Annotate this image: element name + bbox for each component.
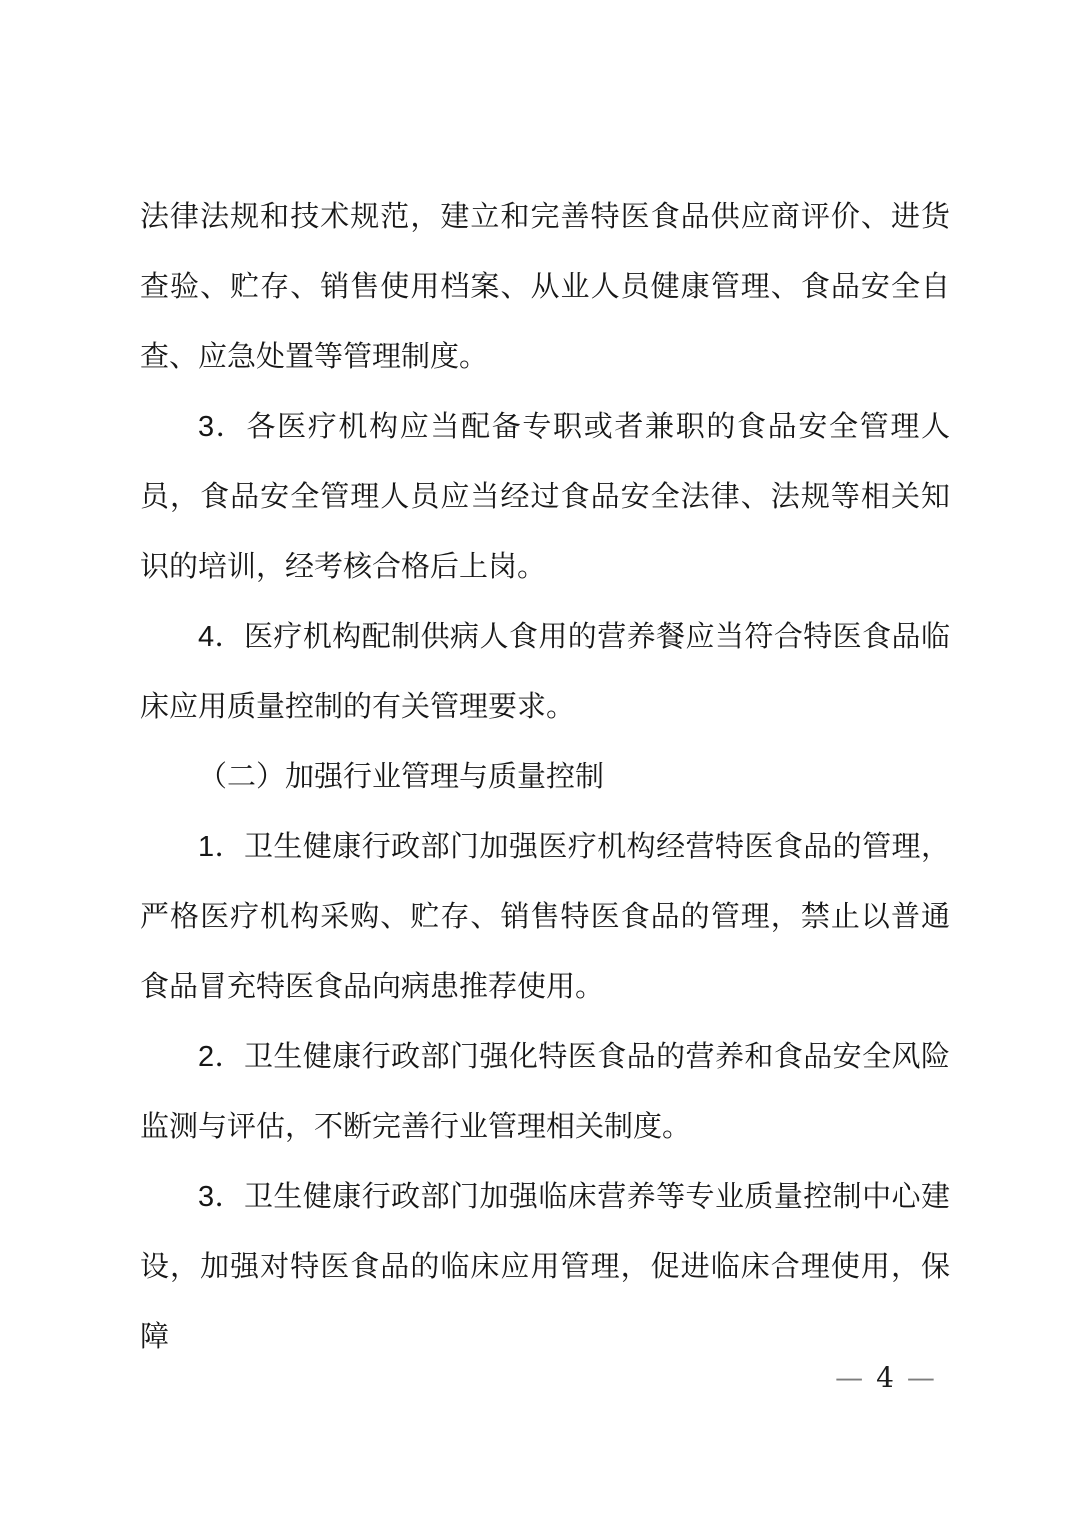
- footer-dash-left: —: [835, 1361, 863, 1394]
- paragraph-item-3-food-safety-manager: 3．各医疗机构应当配备专职或者兼职的食品安全管理人员，食品安全管理人员应当经过食…: [140, 392, 950, 602]
- paragraph-item-4-nutrition-meal: 4．医疗机构配制供病人食用的营养餐应当符合特医食品临床应用质量控制的有关管理要求…: [140, 602, 950, 742]
- paragraph-item-3-quality-control-center: 3．卫生健康行政部门加强临床营养等专业质量控制中心建设，加强对特医食品的临床应用…: [140, 1162, 950, 1372]
- page-number: 4: [876, 1361, 894, 1394]
- paragraph-item-1-operation-management: 1．卫生健康行政部门加强医疗机构经营特医食品的管理，严格医疗机构采购、贮存、销售…: [140, 812, 950, 1022]
- page-footer: —4—: [810, 1358, 960, 1398]
- document-page: 法律法规和技术规范，建立和完善特医食品供应商评价、进货查验、贮存、销售使用档案、…: [0, 0, 1080, 1526]
- paragraph-continuation: 法律法规和技术规范，建立和完善特医食品供应商评价、进货查验、贮存、销售使用档案、…: [140, 182, 950, 392]
- paragraph-item-2-risk-monitoring: 2．卫生健康行政部门强化特医食品的营养和食品安全风险监测与评估，不断完善行业管理…: [140, 1022, 950, 1162]
- section-heading-industry-management: （二）加强行业管理与质量控制: [140, 742, 950, 812]
- document-text-block: 法律法规和技术规范，建立和完善特医食品供应商评价、进货查验、贮存、销售使用档案、…: [140, 182, 950, 1372]
- footer-dash-right: —: [907, 1361, 935, 1394]
